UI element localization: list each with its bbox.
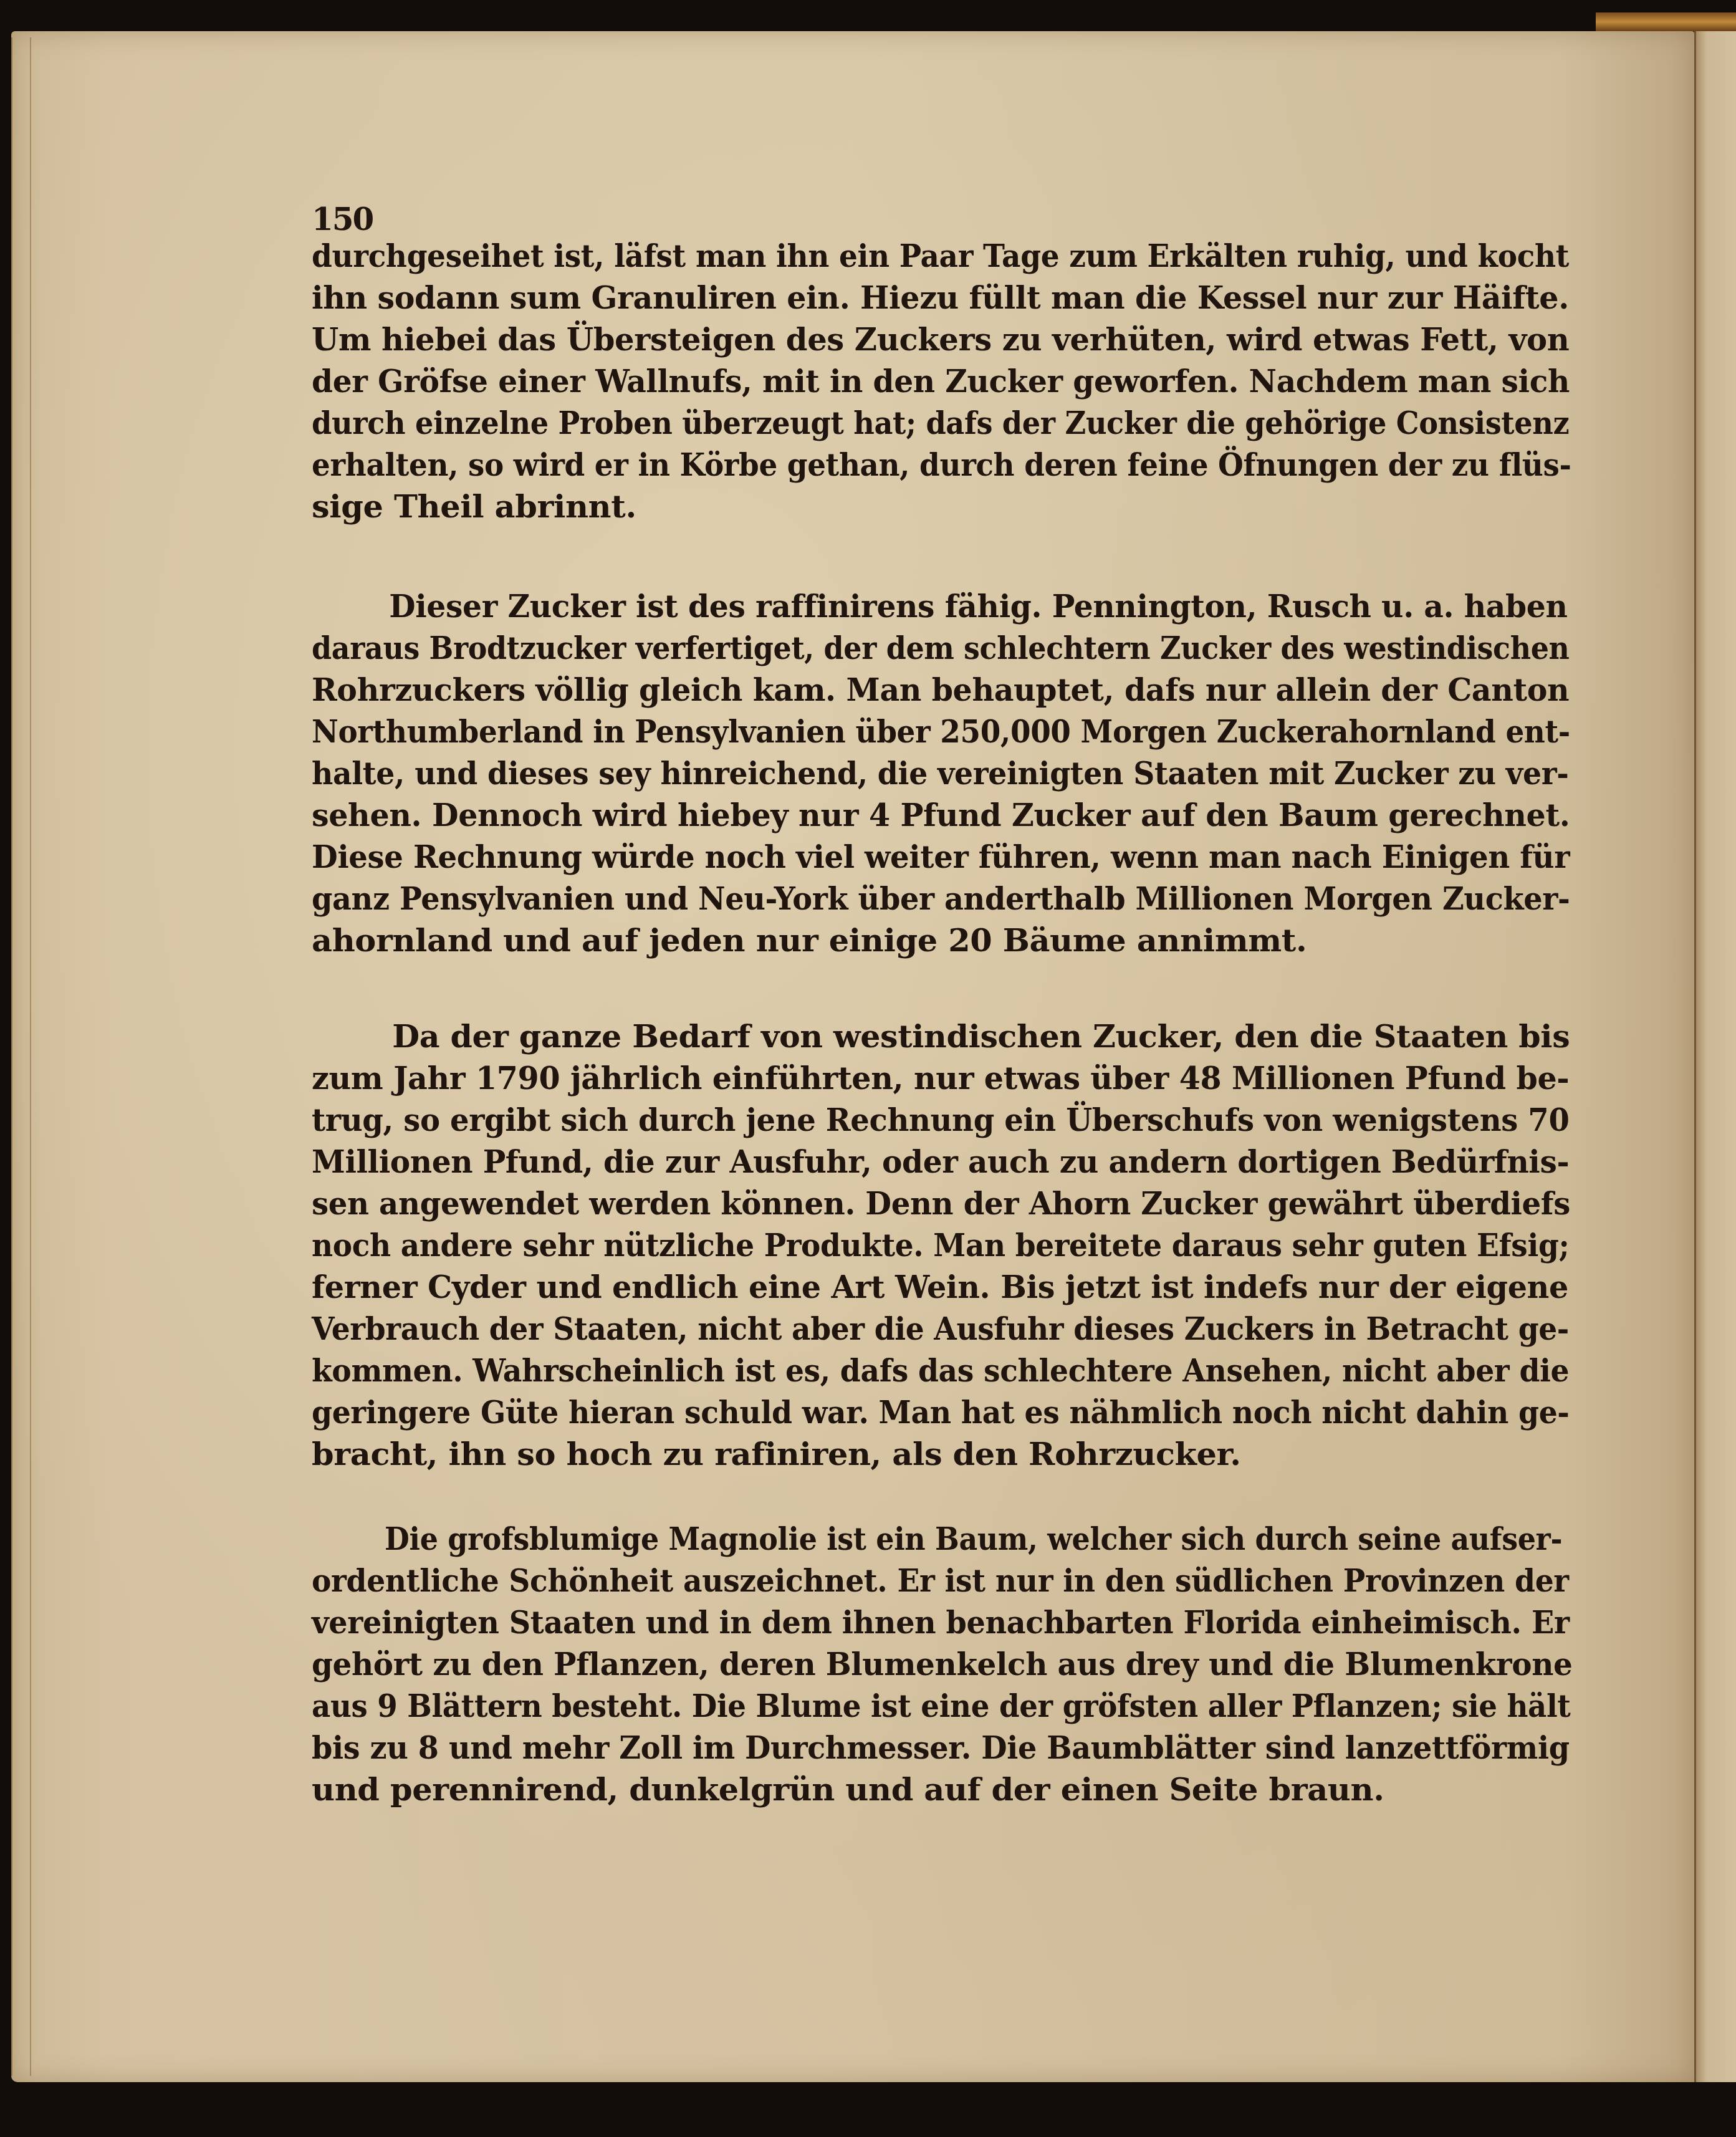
text-line: aus 9 Blättern besteht. Die Blume ist ei… [312, 1686, 1586, 1727]
text-line: Die grofsblumige Magnolie ist ein Baum, … [312, 1519, 1659, 1560]
text-line: vereinigten Staaten und in dem ihnen ben… [312, 1602, 1586, 1644]
text-line: bracht, ihn so hoch zu rafiniren, als de… [312, 1434, 1586, 1476]
text-line: durch einzelne Proben überzeugt hat; daf… [312, 403, 1586, 444]
text-line: sen angewendet werden können. Denn der A… [312, 1183, 1586, 1225]
text-line: Northumberland in Pensylvanien über 250,… [312, 711, 1586, 753]
text-line: sehen. Dennoch wird hiebey nur 4 Pfund Z… [312, 795, 1586, 837]
text-line: ganz Pensylvanien und Neu-York über ande… [312, 878, 1586, 920]
text-line: der Gröfse einer Wallnufs, mit in den Zu… [312, 361, 1586, 403]
facing-page-edge [1694, 31, 1736, 2082]
text-line: Verbrauch der Staaten, nicht aber die Au… [312, 1309, 1586, 1350]
text-line: ahornland und auf jeden nur einige 20 Bä… [312, 920, 1586, 962]
text-line: zum Jahr 1790 jährlich einführten, nur e… [312, 1058, 1586, 1100]
text-line: erhalten, so wird er in Körbe gethan, du… [312, 444, 1586, 486]
text-line: noch andere sehr nützliche Produkte. Man… [312, 1225, 1586, 1267]
book-binding-edge [1596, 12, 1736, 31]
text-line: halte, und dieses sey hinreichend, die v… [312, 753, 1586, 795]
text-line: Rohrzuckers völlig gleich kam. Man behau… [312, 670, 1586, 711]
text-line: Da der ganze Bedarf von westindischen Zu… [312, 1016, 1667, 1058]
text-line: ordentliche Schönheit auszeichnet. Er is… [312, 1560, 1586, 1602]
text-line: gehört zu den Pflanzen, deren Blumenkelc… [312, 1644, 1586, 1686]
text-line: Dieser Zucker ist des raffinirens fähig.… [312, 586, 1664, 628]
page-stack-edges [11, 37, 31, 2076]
text-line: daraus Brodtzucker verfertiget, der dem … [312, 628, 1586, 670]
text-line: bis zu 8 und mehr Zoll im Durchmesser. D… [312, 1727, 1586, 1769]
page-number: 150 [312, 201, 373, 238]
text-line: ferner Cyder und endlich eine Art Wein. … [312, 1267, 1586, 1309]
text-line: sige Theil abrinnt. [312, 486, 1586, 528]
text-line: Um hiebei das Übersteigen des Zuckers zu… [312, 319, 1586, 361]
text-line: Millionen Pfund, die zur Ausfuhr, oder a… [312, 1141, 1586, 1183]
text-line: ihn sodann sum Granuliren ein. Hiezu fül… [312, 277, 1586, 319]
text-line: Diese Rechnung würde noch viel weiter fü… [312, 837, 1586, 878]
text-line: durchgeseihet ist, läfst man ihn ein Paa… [312, 236, 1586, 277]
text-line: trug, so ergibt sich durch jene Rechnung… [312, 1100, 1586, 1141]
text-line: und perennirend, dunkelgrün und auf der … [312, 1769, 1586, 1811]
text-line: geringere Güte hieran schuld war. Man ha… [312, 1392, 1586, 1434]
text-line: kommen. Wahrscheinlich ist es, dafs das … [312, 1350, 1586, 1392]
